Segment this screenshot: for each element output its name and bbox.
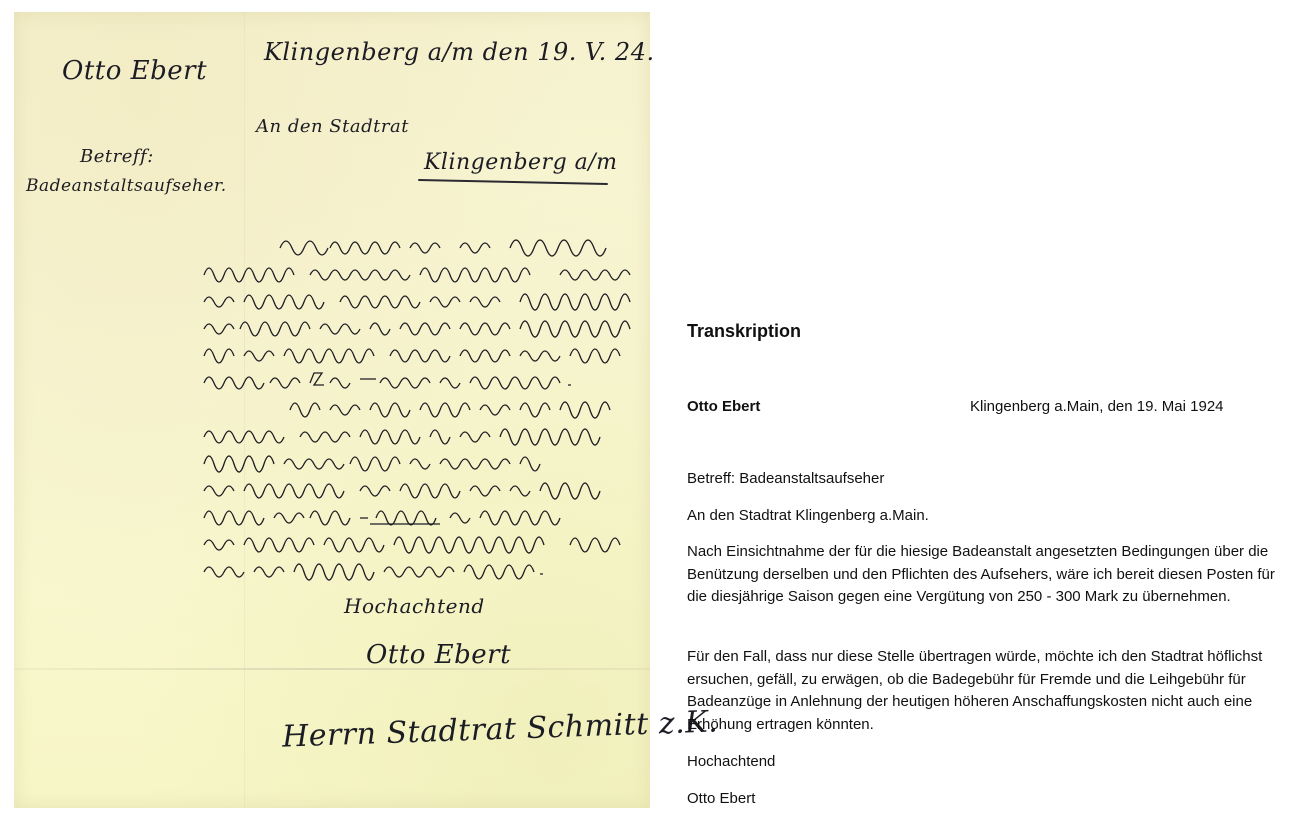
handwritten-subject: Badeanstaltsaufseher. — [26, 176, 227, 196]
handwritten-signature: Otto Ebert — [366, 640, 511, 670]
transcription-signature: Otto Ebert — [687, 788, 755, 811]
transcription-subject: Betreff: Badeanstaltsaufseher — [687, 468, 884, 491]
handwritten-closing: Hochachtend — [344, 594, 485, 618]
handwriting-line — [200, 392, 640, 419]
transcription-closing: Hochachtend — [687, 751, 775, 774]
handwriting-line — [200, 284, 640, 311]
handwritten-body — [200, 230, 640, 581]
transcription-address: An den Stadtrat Klingenberg a.Main. — [687, 505, 929, 528]
transcription-place-date: Klingenberg a.Main, den 19. Mai 1924 — [970, 396, 1224, 419]
handwriting-line — [200, 338, 640, 365]
transcription-title: Transkription — [687, 320, 801, 343]
paper-fold-line — [14, 668, 650, 670]
handwritten-subject-label: Betreff: — [80, 146, 154, 167]
handwriting-line — [200, 554, 640, 581]
handwriting-line — [200, 473, 640, 500]
handwritten-annotation: Herrn Stadtrat Schmitt z.K. — [282, 704, 719, 754]
handwriting-line — [200, 311, 640, 338]
transcription-paragraph-1: Nach Einsichtnahme der für die hiesige B… — [687, 541, 1297, 609]
handwriting-line — [200, 527, 640, 554]
handwriting-line — [200, 500, 640, 527]
handwriting-line — [200, 419, 640, 446]
letter-scan-image: Otto Ebert Klingenberg a/m den 19. V. 24… — [14, 12, 650, 808]
handwriting-line — [200, 446, 640, 473]
handwritten-place-date: Klingenberg a/m den 19. V. 24. — [264, 38, 655, 66]
handwriting-line — [200, 257, 640, 284]
transcription-sender: Otto Ebert — [687, 396, 760, 419]
handwriting-line — [200, 230, 640, 257]
handwriting-line — [200, 365, 640, 392]
handwritten-address-line-2: Klingenberg a/m — [424, 150, 618, 175]
handwritten-sender: Otto Ebert — [62, 56, 207, 86]
handwritten-address-line-1: An den Stadtrat — [256, 116, 409, 137]
transcription-paragraph-2: Für den Fall, dass nur diese Stelle über… — [687, 646, 1302, 736]
